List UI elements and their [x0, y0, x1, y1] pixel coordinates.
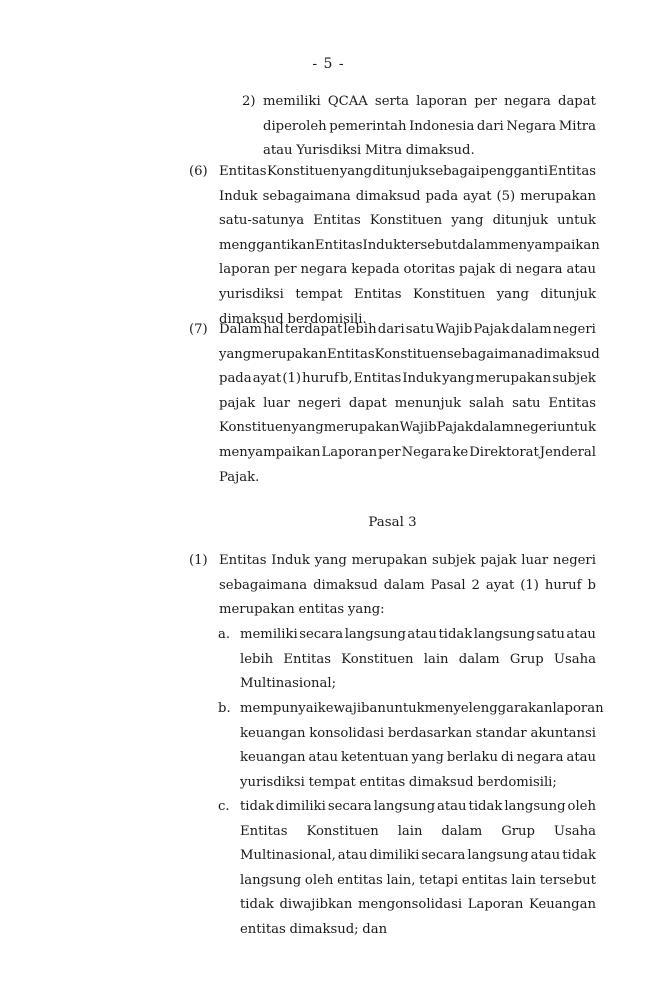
sub-item-text: memilikisecaralangsungatautidaklangsungs… [240, 623, 596, 697]
list-marker: 2) [242, 90, 256, 115]
section-heading: Pasal 3 [0, 515, 657, 530]
sub-item-text: tidakdimilikisecaralangsungatautidaklang… [240, 795, 596, 943]
text-line: langsungolehentitaslain,tetapientitaslai… [240, 869, 596, 894]
text-line: entitasdimaksud;dan [240, 918, 596, 943]
paragraph-marker: (1) [189, 549, 208, 574]
text-line: keuanganatauketentuanyangberlakudinegara… [240, 746, 596, 771]
text-line: Multinasional,ataudimilikisecaralangsung… [240, 844, 596, 869]
text-line: tidakdimilikisecaralangsungatautidaklang… [240, 795, 596, 820]
text-line: yurisdiksitempatentitasdimaksudberdomisi… [240, 771, 596, 796]
list-item-text: memilikiQCAAsertalaporanpernegaradapatdi… [263, 90, 596, 164]
paragraph-marker: (6) [189, 160, 208, 185]
text-line: merupakanentitasyang: [219, 598, 596, 623]
text-line: sebagaimanadimaksuddalamPasal2ayat(1)hur… [219, 574, 596, 599]
paragraph-text: DalamhalterdapatlebihdarisatuWajibPajakd… [219, 318, 596, 490]
paragraph-text: EntitasKonstituenyangditunjuksebagaipeng… [219, 160, 596, 332]
sub-item-marker: a. [218, 623, 230, 648]
text-line: satu-satunyaEntitasKonstituenyangditunju… [219, 209, 596, 234]
text-line: diperolehpemerintahIndonesiadariNegaraMi… [263, 115, 596, 140]
sub-item-marker: b. [218, 697, 231, 722]
paragraph-marker: (7) [189, 318, 208, 343]
text-line: yangmerupakanEntitasKonstituensebagaiman… [219, 343, 596, 368]
text-line: pajakluarnegeridapatmenunjuksalahsatuEnt… [219, 392, 596, 417]
text-line: lebihEntitasKonstituenlaindalamGrupUsaha [240, 648, 596, 673]
text-line: keuangankonsolidasiberdasarkanstandaraku… [240, 722, 596, 747]
text-line: menyampaikanLaporanperNegarakeDirektorat… [219, 441, 596, 466]
text-line: Pajak. [219, 466, 596, 491]
page-number: - 5 - [0, 56, 657, 72]
text-line: menggantikanEntitasInduktersebutdalammen… [219, 234, 596, 259]
text-line: laporanpernegarakepadaotoritaspajakdineg… [219, 258, 596, 283]
paragraph-text: EntitasIndukyangmerupakansubjekpajakluar… [219, 549, 596, 623]
text-line: padaayat(1)hurufb,EntitasIndukyangmerupa… [219, 367, 596, 392]
document-page: - 5 - 2) memilikiQCAAsertalaporanpernega… [0, 0, 657, 1000]
sub-item-marker: c. [218, 795, 230, 820]
text-line: memilikisecaralangsungatautidaklangsungs… [240, 623, 596, 648]
text-line: EntitasKonstituenlaindalamGrupUsaha [240, 820, 596, 845]
text-line: tidakdiwajibkanmengonsolidasiLaporanKeua… [240, 893, 596, 918]
text-line: KonstituenyangmerupakanWajibPajakdalamne… [219, 416, 596, 441]
sub-item-text: mempunyaikewajibanuntukmenyelenggarakanl… [240, 697, 596, 795]
text-line: Multinasional; [240, 672, 596, 697]
text-line: EntitasIndukyangmerupakansubjekpajakluar… [219, 549, 596, 574]
text-line: memilikiQCAAsertalaporanpernegaradapat [263, 90, 596, 115]
text-line: Induksebagaimanadimaksudpadaayat(5)merup… [219, 185, 596, 210]
text-line: DalamhalterdapatlebihdarisatuWajibPajakd… [219, 318, 596, 343]
text-line: EntitasKonstituenyangditunjuksebagaipeng… [219, 160, 596, 185]
text-line: mempunyaikewajibanuntukmenyelenggarakanl… [240, 697, 596, 722]
text-line: yurisdiksitempatEntitasKonstituenyangdit… [219, 283, 596, 308]
